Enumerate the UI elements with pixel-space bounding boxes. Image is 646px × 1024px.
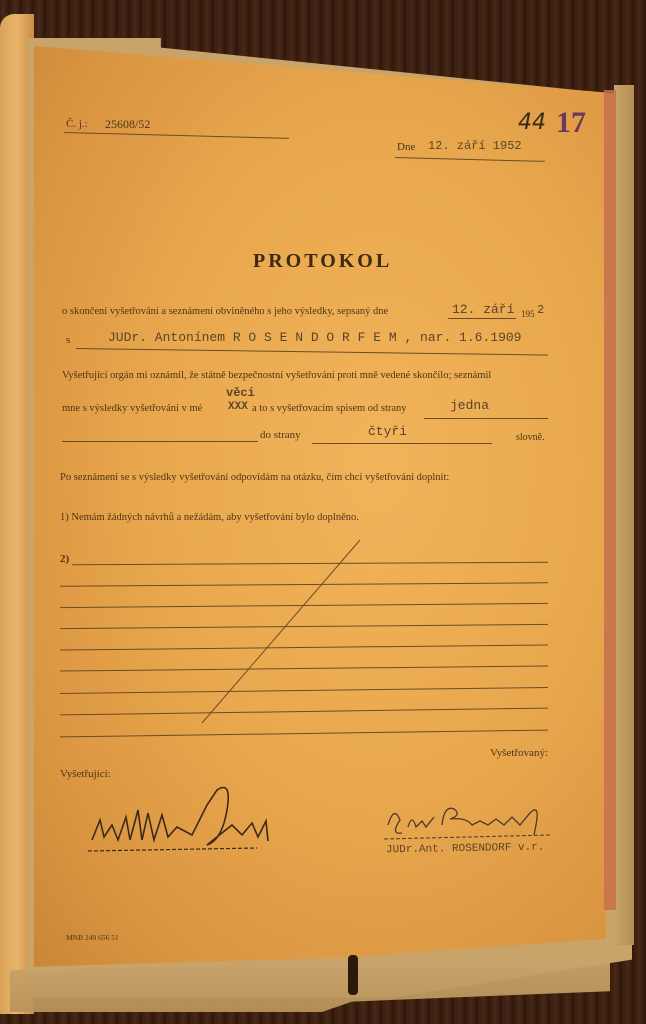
form-code: MNB 249 656 51 — [66, 933, 119, 942]
investigator-label: Vyšetřující: — [60, 768, 111, 780]
from-page-underline — [424, 418, 548, 419]
investigator-signature — [82, 785, 282, 865]
intro-date-underline — [448, 318, 516, 319]
answer-2-label: 2) — [60, 553, 69, 565]
inserted-word: věci — [226, 386, 255, 400]
answer-1: 1) Nemám žádných návrhů a nežádám, aby v… — [60, 512, 359, 523]
accused-name: JUDr. Antonínem R O S E N D O R F E M , … — [108, 330, 521, 345]
date-label: Dne — [397, 141, 415, 153]
strike-through-diagonal — [190, 535, 370, 735]
blank-underline — [62, 441, 258, 442]
intro-year-prefix: 195 — [521, 309, 535, 319]
reference-number: 25608/52 — [105, 117, 150, 132]
page-title: PROTOKOL — [253, 250, 392, 273]
intro-year-suffix: 2 — [537, 303, 544, 317]
investigated-label: Vyšetřovaný: — [490, 747, 548, 759]
handwritten-page-number: 44 — [518, 110, 546, 135]
from-page: jedna — [450, 398, 489, 413]
stamped-page-number: 17 — [556, 106, 586, 140]
with-label: s — [66, 334, 70, 346]
struck-text: XXX — [228, 401, 248, 413]
paragraph1-line2-b: a to s vyšetřovacím spisem od strany — [252, 403, 407, 414]
paragraph1-line2-a: mne s výsledky vyšetřování v mé — [62, 403, 202, 414]
reference-label: Č. j.: — [66, 118, 88, 130]
red-margin-strip — [604, 90, 616, 910]
paragraph1-line1: Vyšetřující orgán mi oznámil, že státně … — [62, 370, 491, 381]
intro-date: 12. září — [452, 302, 514, 317]
date-value: 12. září 1952 — [428, 139, 522, 153]
right-tape — [614, 85, 634, 945]
intro-line: o skončení vyšetřování a seznámení obvin… — [62, 306, 388, 317]
question-line: Po seznámení se s výsledky vyšetřování o… — [60, 472, 449, 483]
binding-staple — [348, 955, 358, 995]
to-page: čtyři — [368, 424, 407, 439]
investigated-signature — [380, 795, 560, 845]
to-label: do strany — [260, 429, 301, 441]
words-label: slovně. — [516, 432, 545, 443]
to-page-underline — [312, 443, 492, 444]
